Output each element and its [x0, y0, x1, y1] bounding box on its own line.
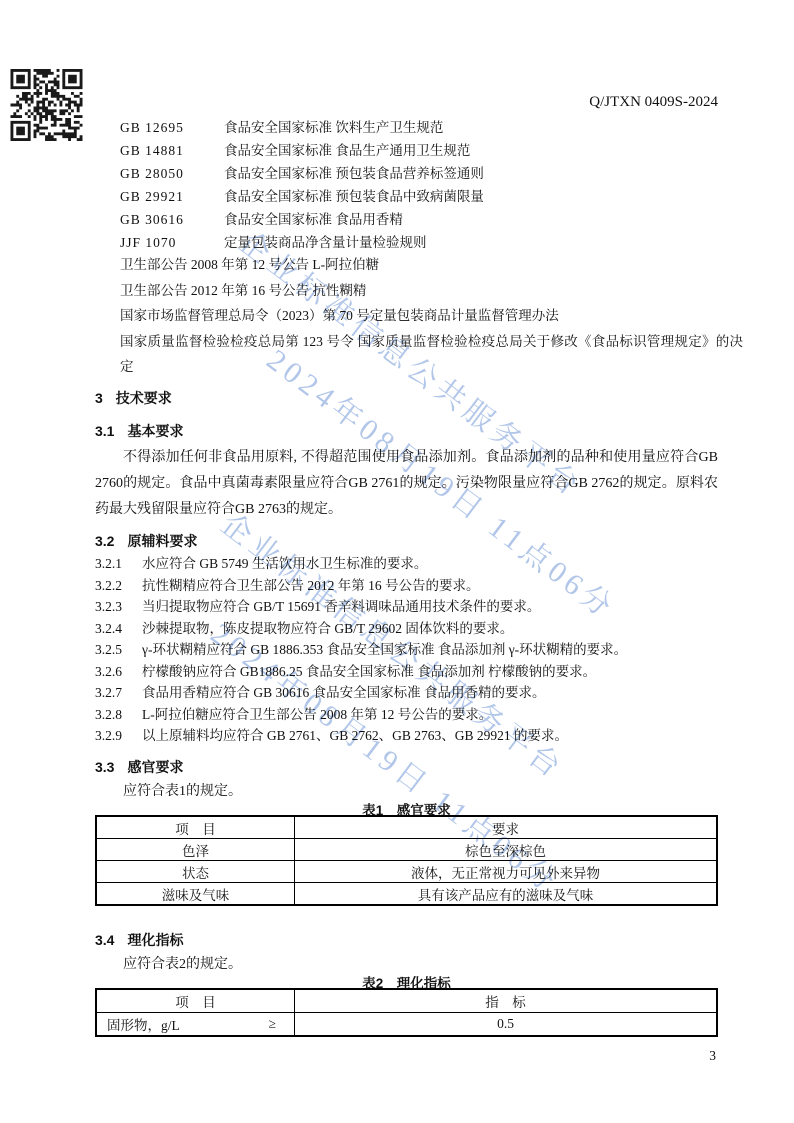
- table-row: 状态 液体，无正常视力可见外来异物: [97, 860, 716, 882]
- referenced-standards-list: GB 12695食品安全国家标准 饮料生产卫生规范 GB 14881食品安全国家…: [95, 116, 718, 254]
- standard-code: GB 12695: [120, 116, 224, 139]
- clause-number: 3.2.2: [95, 575, 142, 597]
- section-3-3-intro: 应符合表1的规定。: [95, 780, 718, 800]
- clause-text: 食品用香精应符合 GB 30616 食品安全国家标准 食品用香精的要求。: [142, 682, 546, 704]
- standard-code: JJF 1070: [120, 231, 224, 254]
- standard-title: 食品安全国家标准 饮料生产卫生规范: [224, 116, 443, 139]
- table-cell-requirement: 具有该产品应有的滋味及气味: [294, 883, 716, 904]
- table-header-row: 项 目 要求: [97, 817, 716, 838]
- section-3-1-paragraph: 不得添加任何非食品用原料, 不得超范围使用食品添加剂。食品添加剂的品种和使用量应…: [95, 445, 718, 523]
- table-header-row: 项 目 指 标: [97, 990, 716, 1012]
- standard-code: GB 30616: [120, 208, 224, 231]
- clause-number: 3.2.8: [95, 704, 142, 726]
- section-3-4-intro: 应符合表2的规定。: [95, 953, 718, 973]
- table-header-cell: 项 目: [97, 990, 294, 1012]
- clause-item: 3.2.4沙棘提取物，陈皮提取物应符合 GB/T 29602 固体饮料的要求。: [95, 618, 718, 640]
- document-code: Q/JTXN 0409S-2024: [589, 94, 718, 111]
- standard-row: GB 28050食品安全国家标准 预包装食品营养标签通则: [95, 162, 718, 185]
- standard-row: GB 29921食品安全国家标准 预包装食品中致病菌限量: [95, 185, 718, 208]
- clause-text: 柠檬酸钠应符合 GB1886.25 食品安全国家标准 食品添加剂 柠檬酸钠的要求…: [142, 661, 596, 683]
- referenced-notices-list: 卫生部公告 2008 年第 12 号公告 L-阿拉伯糖 卫生部公告 2012 年…: [95, 252, 743, 380]
- clause-text: 水应符合 GB 5749 生活饮用水卫生标准的要求。: [142, 553, 427, 575]
- standard-title: 食品安全国家标准 预包装食品营养标签通则: [224, 162, 484, 185]
- standard-title: 定量包装商品净含量计量检验规则: [224, 231, 427, 254]
- standard-code: GB 29921: [120, 185, 224, 208]
- table-cell-item: 固形物，g/L ≥: [97, 1013, 294, 1035]
- clause-text: 以上原辅料均应符合 GB 2761、GB 2762、GB 2763、GB 299…: [142, 725, 568, 747]
- section-3-heading: 3技术要求: [95, 388, 718, 408]
- section-3-2-items: 3.2.1水应符合 GB 5749 生活饮用水卫生标准的要求。 3.2.2抗性糊…: [95, 553, 718, 747]
- greater-equal-operator: ≥: [269, 1016, 276, 1032]
- notice-row: 国家质量监督检验检疫总局第 123 号令 国家质量监督检验检疫总局关于修改《食品…: [120, 329, 743, 380]
- section-3-2-heading: 3.2原辅料要求: [95, 531, 718, 551]
- clause-number: 3.2.4: [95, 618, 142, 640]
- section-title: 技术要求: [116, 390, 172, 406]
- clause-text: 抗性糊精应符合卫生部公告 2012 年第 16 号公告的要求。: [142, 575, 480, 597]
- table-header-cell: 要求: [294, 817, 716, 838]
- table-header-cell: 指 标: [294, 990, 716, 1012]
- standard-code: GB 28050: [120, 162, 224, 185]
- standard-row: GB 14881食品安全国家标准 食品生产通用卫生规范: [95, 139, 718, 162]
- table-row: 固形物，g/L ≥ 0.5: [97, 1012, 716, 1035]
- section-title: 原辅料要求: [127, 533, 197, 549]
- section-title: 理化指标: [127, 932, 183, 948]
- clause-number: 3.2.1: [95, 553, 142, 575]
- clause-item: 3.2.3当归提取物应符合 GB/T 15691 香辛料调味品通用技术条件的要求…: [95, 596, 718, 618]
- clause-item: 3.2.5γ-环状糊精应符合 GB 1886.353 食品安全国家标准 食品添加…: [95, 639, 718, 661]
- notice-row: 国家市场监督管理总局令（2023）第 70 号定量包装商品计量监督管理办法: [120, 303, 743, 329]
- indicator-name: 固形物，g/L: [107, 1014, 180, 1034]
- table-cell-item: 状态: [97, 861, 294, 882]
- clause-item: 3.2.1水应符合 GB 5749 生活饮用水卫生标准的要求。: [95, 553, 718, 575]
- section-3-4-heading: 3.4理化指标: [95, 930, 718, 950]
- clause-text: 当归提取物应符合 GB/T 15691 香辛料调味品通用技术条件的要求。: [142, 596, 540, 618]
- table-header-cell: 项 目: [97, 817, 294, 838]
- section-number: 3.1: [95, 423, 114, 439]
- section-number: 3.2: [95, 533, 114, 549]
- section-title: 基本要求: [127, 423, 183, 439]
- physicochemical-indicators-table: 项 目 指 标 固形物，g/L ≥ 0.5: [95, 988, 718, 1037]
- clause-item: 3.2.6柠檬酸钠应符合 GB1886.25 食品安全国家标准 食品添加剂 柠檬…: [95, 661, 718, 683]
- page-number: 3: [709, 1048, 716, 1064]
- clause-text: γ-环状糊精应符合 GB 1886.353 食品安全国家标准 食品添加剂 γ-环…: [142, 639, 627, 661]
- clause-text: L-阿拉伯糖应符合卫生部公告 2008 年第 12 号公告的要求。: [142, 704, 492, 726]
- clause-item: 3.2.7食品用香精应符合 GB 30616 食品安全国家标准 食品用香精的要求…: [95, 682, 718, 704]
- clause-number: 3.2.6: [95, 661, 142, 683]
- section-number: 3.4: [95, 932, 114, 948]
- standard-row: GB 12695食品安全国家标准 饮料生产卫生规范: [95, 116, 718, 139]
- table-row: 滋味及气味 具有该产品应有的滋味及气味: [97, 882, 716, 904]
- notice-row: 卫生部公告 2012 年第 16 号公告 抗性糊精: [120, 278, 743, 304]
- table-cell-requirement: 液体，无正常视力可见外来异物: [294, 861, 716, 882]
- qr-code-icon: [9, 69, 84, 141]
- clause-number: 3.2.5: [95, 639, 142, 661]
- standard-code: GB 14881: [120, 139, 224, 162]
- clause-number: 3.2.9: [95, 725, 142, 747]
- section-3-3-heading: 3.3感官要求: [95, 757, 718, 777]
- clause-item: 3.2.2抗性糊精应符合卫生部公告 2012 年第 16 号公告的要求。: [95, 575, 718, 597]
- section-number: 3.3: [95, 759, 114, 775]
- section-title: 感官要求: [127, 759, 183, 775]
- table-cell-item: 滋味及气味: [97, 883, 294, 904]
- standard-title: 食品安全国家标准 食品生产通用卫生规范: [224, 139, 470, 162]
- table-cell-requirement: 棕色至深棕色: [294, 839, 716, 860]
- clause-item: 3.2.9以上原辅料均应符合 GB 2761、GB 2762、GB 2763、G…: [95, 725, 718, 747]
- section-number: 3: [95, 390, 103, 406]
- clause-item: 3.2.8L-阿拉伯糖应符合卫生部公告 2008 年第 12 号公告的要求。: [95, 704, 718, 726]
- table-cell-item: 色泽: [97, 839, 294, 860]
- table-row: 色泽 棕色至深棕色: [97, 838, 716, 860]
- section-3-1-heading: 3.1基本要求: [95, 421, 718, 441]
- sensory-requirements-table: 项 目 要求 色泽 棕色至深棕色 状态 液体，无正常视力可见外来异物 滋味及气味…: [95, 815, 718, 906]
- clause-text: 沙棘提取物，陈皮提取物应符合 GB/T 29602 固体饮料的要求。: [142, 618, 513, 640]
- clause-number: 3.2.3: [95, 596, 142, 618]
- table-cell-value: 0.5: [294, 1013, 716, 1035]
- notice-row: 卫生部公告 2008 年第 12 号公告 L-阿拉伯糖: [120, 252, 743, 278]
- standard-row: GB 30616食品安全国家标准 食品用香精: [95, 208, 718, 231]
- standard-title: 食品安全国家标准 食品用香精: [224, 208, 403, 231]
- standard-title: 食品安全国家标准 预包装食品中致病菌限量: [224, 185, 484, 208]
- standard-row: JJF 1070定量包装商品净含量计量检验规则: [95, 231, 718, 254]
- clause-number: 3.2.7: [95, 682, 142, 704]
